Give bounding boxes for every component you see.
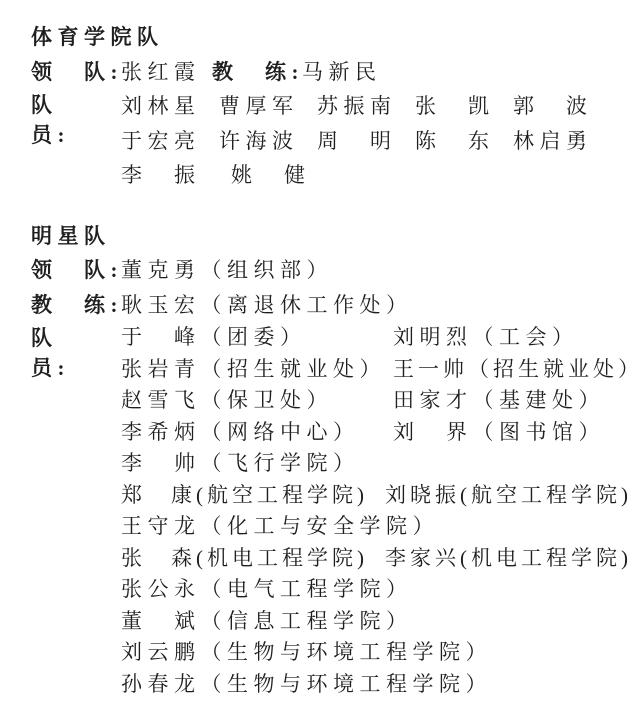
leader-name: 董克勇（组织部） xyxy=(121,258,333,282)
member-name: 张 凯 xyxy=(415,89,513,124)
member-name: 周 明 xyxy=(317,124,415,159)
member-row: 刘云鹏（生物与环境工程学院） xyxy=(121,637,639,669)
member-row: 董 斌（信息工程学院） xyxy=(121,606,639,638)
leader-coach-row: 领 队:张红霞教 练:马新民 xyxy=(31,55,639,90)
member-entry-left: 李希炳（网络中心） xyxy=(121,420,360,444)
coach-label: 教 练: xyxy=(212,55,302,90)
leader-label: 领 队: xyxy=(31,55,121,90)
members-columns: 于 峰（团委）刘明烈（工会） 张岩青（招生就业处）王一帅（招生就业处） 赵雪飞（… xyxy=(121,322,639,700)
member-name: 刘林星 xyxy=(121,89,219,124)
member-row: 刘林星曹厚军苏振南张 凯郭 波 xyxy=(121,89,639,124)
section-star-team: 明星队 领 队:董克勇（组织部） 教 练:耿玉宏（离退休工作处） 队 员: 于 … xyxy=(31,219,639,701)
member-name: 林启勇 xyxy=(513,124,611,159)
member-entry-left: 董 斌（信息工程学院） xyxy=(121,609,413,633)
member-row: 张 森(机电工程学院)李家兴(机电工程学院) xyxy=(121,543,639,575)
member-row: 李 振姚 健 xyxy=(121,158,639,193)
member-entry-left: 赵雪飞（保卫处） xyxy=(121,388,333,412)
member-name: 许海波 xyxy=(219,124,317,159)
member-name: 于宏亮 xyxy=(121,124,219,159)
member-name: 曹厚军 xyxy=(219,89,317,124)
section-sports-team: 体育学院队 领 队:张红霞教 练:马新民 队 员: 刘林星曹厚军苏振南张 凯郭 … xyxy=(31,20,639,193)
member-name: 苏振南 xyxy=(317,89,415,124)
member-entry-right: 刘明烈（工会） xyxy=(393,322,579,354)
member-entry-right: 刘晓振(航空工程学院) xyxy=(385,480,632,512)
leader-row: 领 队:董克勇（组织部） xyxy=(31,253,639,288)
member-name: 郭 波 xyxy=(513,89,611,124)
coach-row: 教 练:耿玉宏（离退休工作处） xyxy=(31,288,639,323)
member-entry-left: 张岩青（招生就业处） xyxy=(121,357,386,381)
member-row: 孙春龙（生物与环境工程学院） xyxy=(121,669,639,701)
member-entry-right: 李家兴(机电工程学院) xyxy=(385,543,632,575)
roster-document: 体育学院队 领 队:张红霞教 练:马新民 队 员: 刘林星曹厚军苏振南张 凯郭 … xyxy=(0,0,639,725)
members-block: 队 员: 刘林星曹厚军苏振南张 凯郭 波 于宏亮许海波周 明陈 东林启勇 李 振… xyxy=(31,89,639,193)
member-name: 李 振 xyxy=(121,158,231,193)
member-entry-right: 王一帅（招生就业处） xyxy=(393,354,639,386)
team-title-sports: 体育学院队 xyxy=(31,20,639,55)
coach-label: 教 练: xyxy=(31,288,121,323)
member-entry-right: 田家才（基建处） xyxy=(393,385,605,417)
member-row: 于 峰（团委）刘明烈（工会） xyxy=(121,322,639,354)
member-name: 陈 东 xyxy=(415,124,513,159)
coach-name: 耿玉宏（离退休工作处） xyxy=(121,293,413,317)
members-block: 队 员: 于 峰（团委）刘明烈（工会） 张岩青（招生就业处）王一帅（招生就业处）… xyxy=(31,322,639,700)
member-row: 李希炳（网络中心）刘 界（图书馆） xyxy=(121,417,639,449)
member-row: 张岩青（招生就业处）王一帅（招生就业处） xyxy=(121,354,639,386)
member-row: 郑 康(航空工程学院)刘晓振(航空工程学院) xyxy=(121,480,639,512)
member-row: 王守龙（化工与安全学院） xyxy=(121,511,639,543)
member-row: 李 帅（飞行学院） xyxy=(121,448,639,480)
members-columns: 刘林星曹厚军苏振南张 凯郭 波 于宏亮许海波周 明陈 东林启勇 李 振姚 健 xyxy=(121,89,639,193)
leader-name: 张红霞 xyxy=(121,55,212,90)
team-title-star: 明星队 xyxy=(31,219,639,254)
leader-label: 领 队: xyxy=(31,253,121,288)
member-entry-left: 刘云鹏（生物与环境工程学院） xyxy=(121,640,492,664)
members-label: 队 员: xyxy=(31,89,121,149)
members-label: 队 员: xyxy=(31,322,121,382)
member-entry-left: 郑 康(航空工程学院) xyxy=(121,483,368,507)
member-entry-left: 李 帅（飞行学院） xyxy=(121,451,360,475)
coach-name: 马新民 xyxy=(302,60,382,84)
member-row: 赵雪飞（保卫处）田家才（基建处） xyxy=(121,385,639,417)
member-entry-right: 刘 界（图书馆） xyxy=(393,417,605,449)
member-entry-left: 孙春龙（生物与环境工程学院） xyxy=(121,672,492,696)
member-entry-left: 张 森(机电工程学院) xyxy=(121,546,368,570)
member-entry-left: 王守龙（化工与安全学院） xyxy=(121,514,439,538)
member-row: 张公永（电气工程学院） xyxy=(121,574,639,606)
member-entry-left: 张公永（电气工程学院） xyxy=(121,577,413,601)
member-name: 姚 健 xyxy=(231,158,341,193)
member-row: 于宏亮许海波周 明陈 东林启勇 xyxy=(121,124,639,159)
member-entry-left: 于 峰（团委） xyxy=(121,325,307,349)
